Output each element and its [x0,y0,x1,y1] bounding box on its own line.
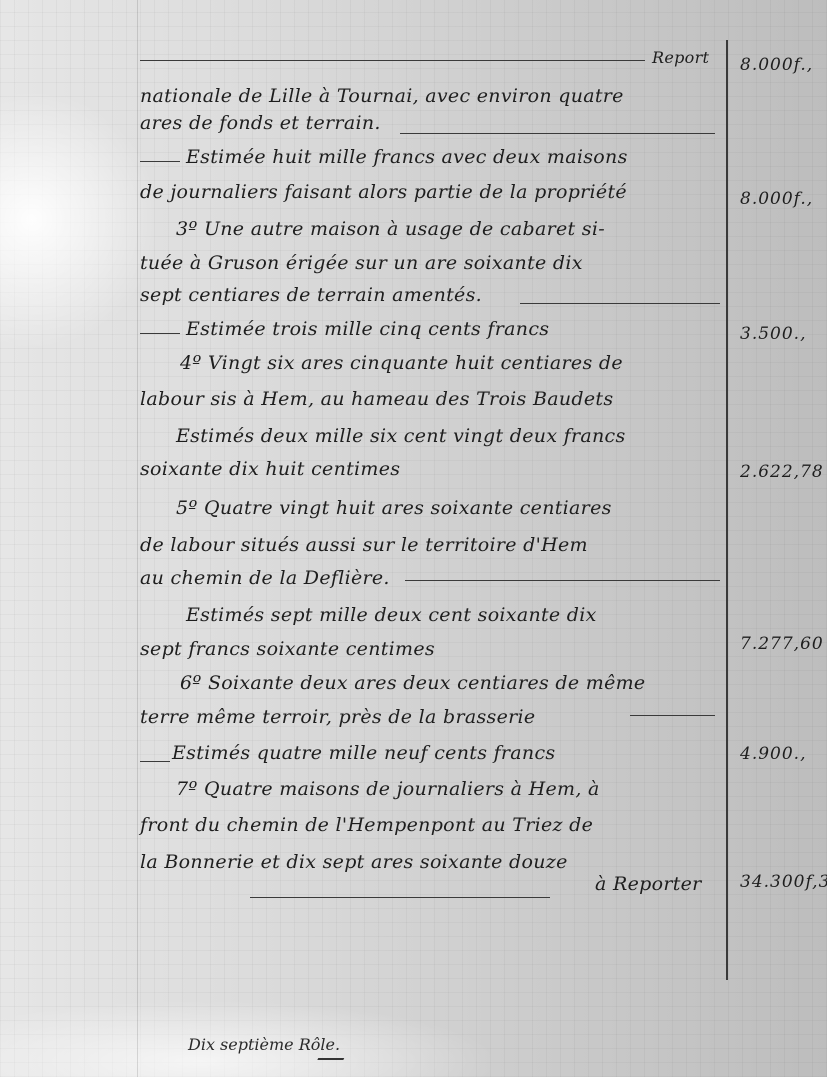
fill-rule [400,133,715,134]
fill-rule [405,580,720,581]
amount-report: 8.000f., [740,55,813,75]
entry-line: 3º Une autre maison à usage de cabaret s… [176,218,605,240]
entry-line: 7º Quatre maisons de journaliers à Hem, … [176,778,600,800]
carry-over-label: à Reporter [595,873,702,895]
entry-line: Estimée trois mille cinq cents francs [186,318,549,340]
entry-line: soixante dix huit centimes [140,458,400,480]
lead-rule [140,761,170,762]
entry-line: tuée à Gruson érigée sur un are soixante… [140,252,583,274]
entry-line: 6º Soixante deux ares deux centiares de … [180,672,645,694]
entry-line: Estimés quatre mille neuf cents francs [172,742,555,764]
entry-line: de labour situés aussi sur le territoire… [140,534,588,556]
lighting-glare [0,90,160,350]
entry-line: au chemin de la Deflière. [140,567,390,589]
entry-line: de journaliers faisant alors partie de l… [140,181,627,203]
amount-entry-4: 2.622,78 [740,462,824,482]
lead-rule [140,333,180,334]
ledger-page: Report 8.000f., nationale de Lille à Tou… [0,0,827,1077]
closing-rule [250,897,550,898]
entry-line: terre même terroir, près de la brasserie [140,706,535,728]
entry-line: la Bonnerie et dix sept ares soixante do… [140,851,568,873]
amount-entry-6: 4.900., [740,744,806,764]
entry-line: front du chemin de l'Hempenpont au Triez… [140,814,593,836]
entry-line: ares de fonds et terrain. [140,112,381,134]
fill-rule [520,303,720,304]
entry-line: nationale de Lille à Tournai, avec envir… [140,85,624,107]
entry-line: 4º Vingt six ares cinquante huit centiar… [180,352,623,374]
entry-line: sept centiares de terrain amentés. [140,284,482,306]
fill-rule [630,715,715,716]
entry-line: 5º Quatre vingt huit ares soixante centi… [176,497,612,519]
amount-entry-3: 3.500., [740,324,806,344]
entry-line: Estimés deux mille six cent vingt deux f… [176,425,626,447]
left-margin-line [137,0,138,1077]
amount-entry-5: 7.277,60 [740,634,824,654]
footer-note: Dix septième Rôle. [188,1035,340,1054]
entry-line: sept francs soixante centimes [140,638,435,660]
top-rule [140,60,645,61]
amount-column-divider [726,40,728,980]
lead-rule [140,161,180,162]
entry-line: Estimés sept mille deux cent soixante di… [186,604,597,626]
report-label: Report [652,48,709,67]
entry-line: labour sis à Hem, au hameau des Trois Ba… [140,388,613,410]
entry-line: Estimée huit mille francs avec deux mais… [186,146,628,168]
carry-over-total: 34.300f,38 [740,872,827,892]
amount-entry-2: 8.000f., [740,189,813,209]
